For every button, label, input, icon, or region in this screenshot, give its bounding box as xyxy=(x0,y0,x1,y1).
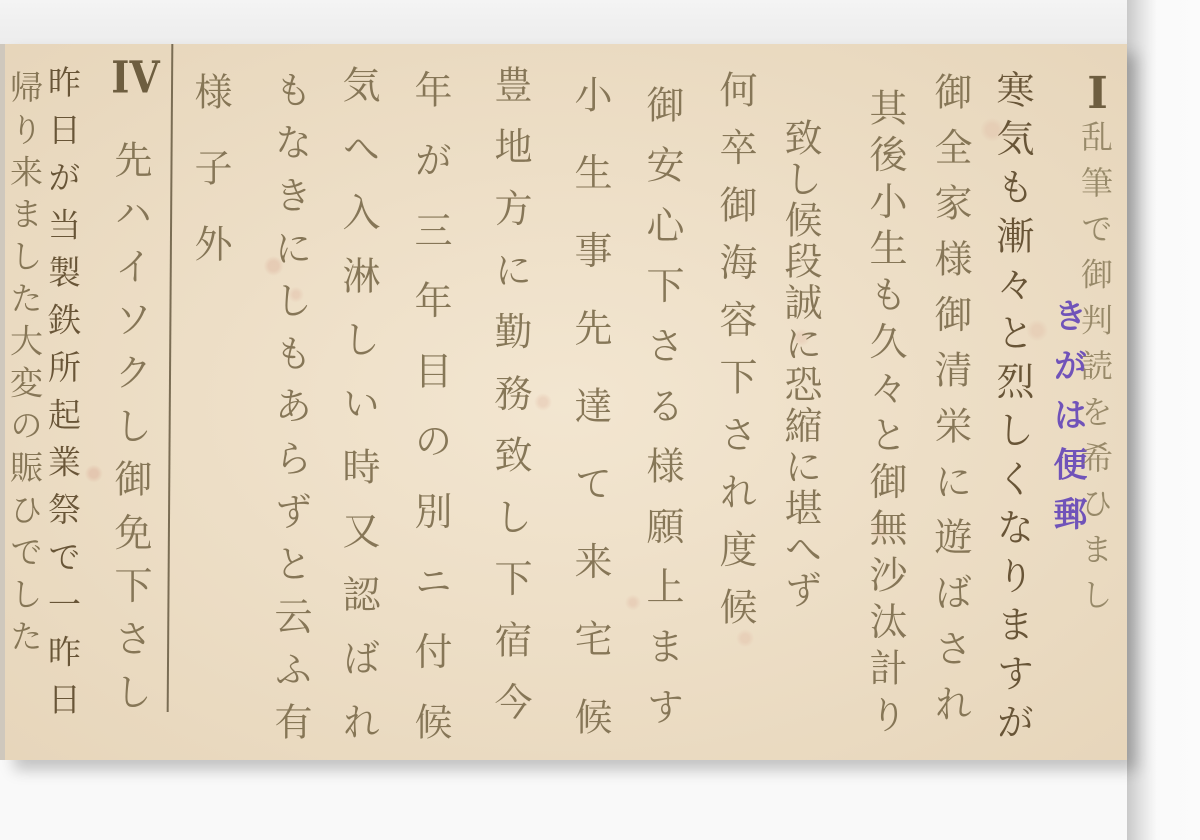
text-column-14: 先ハイソクし御免下さし xyxy=(103,140,157,710)
section-marker-iv: IV xyxy=(108,46,162,110)
text-column-15: 昨日が当製鉄所起業祭で一昨日 xyxy=(40,65,84,715)
text-column-8: 小生事先達て来宅候 xyxy=(563,75,617,735)
text-column-13: 様子外 xyxy=(183,72,237,262)
text-column-3: 御全家様御清栄に遊ばされ xyxy=(923,72,977,722)
text-column-9: 豊地方に勤務致し下宿今 xyxy=(483,65,537,720)
text-column-16: 帰り来ました大変の賑ひでした xyxy=(2,70,46,652)
text-column-5: 致し候段誠に恐縮に堪へず xyxy=(773,118,827,608)
text-column-1: 乱筆で御判読を希ひまし xyxy=(1068,120,1122,610)
section-marker-i: I xyxy=(1070,68,1124,118)
text-column-11: 気へ入淋しい時又認ばれ xyxy=(331,65,385,740)
section-marker-i-text: I xyxy=(1072,68,1123,119)
text-column-7: 御安心下さる様願上ます xyxy=(635,85,689,725)
text-column-10: 年が三年目の別ニ付候 xyxy=(403,70,457,740)
text-column-6: 何卒御海容下され度候 xyxy=(708,70,762,625)
text-column-2: 寒気も漸々と烈しくなりますが xyxy=(985,70,1039,740)
text-column-12: もなきにしもあらずと云ふ有 xyxy=(263,70,317,740)
scan-background-top xyxy=(0,0,1200,46)
scan-background-right xyxy=(1127,0,1200,840)
section-marker-iv-text: IV xyxy=(110,56,161,100)
text-column-4: 其後小生も久々と御無沙汰計り xyxy=(858,88,912,733)
